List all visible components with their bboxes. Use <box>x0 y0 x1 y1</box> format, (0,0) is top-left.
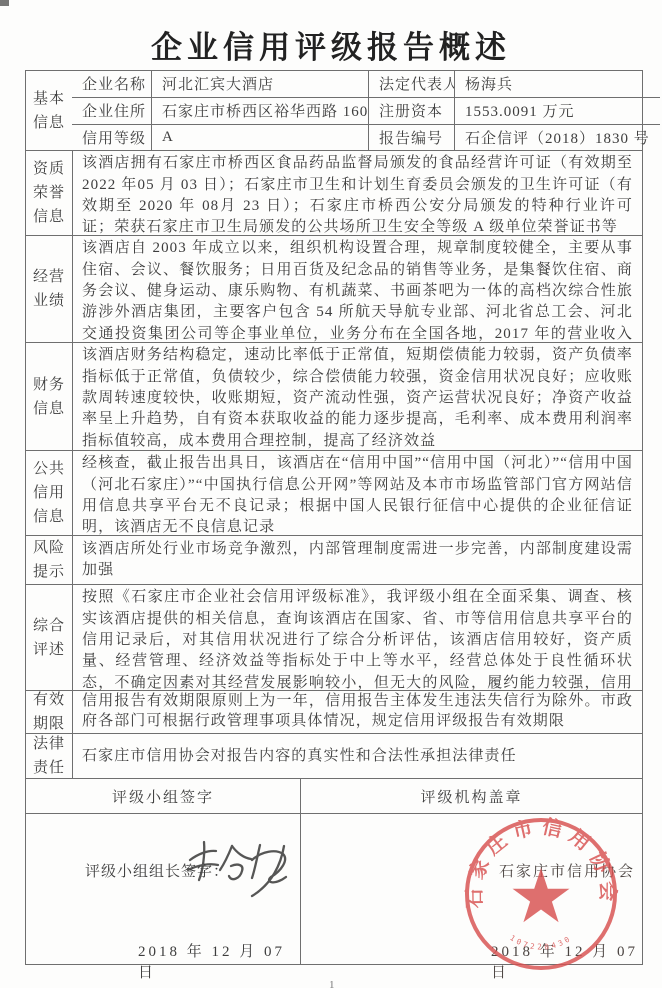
table-row: 信用等级 A 报告编号 石企信评（2018）1830 号 <box>72 124 660 151</box>
table-row-basic-info: 基本信息 企业名称 河北汇宾大酒店 法定代表人 杨海兵 企业住所 石家庄市桥西区… <box>26 71 642 150</box>
stamp-serial-number: 107220430 <box>508 933 574 951</box>
sign-header-team: 评级小组签字 <box>26 779 300 813</box>
svg-text:107220430: 107220430 <box>508 933 574 951</box>
section-content: 该酒店拥有石家庄市桥西区食品药品监督局颁发的食品经营许可证（有效期至 2022 … <box>72 151 642 235</box>
section-content: 该酒店自 2003 年成立以来，组织机构设置合理，规章制度较健全，主要从事住宿、… <box>72 236 642 342</box>
section-label: 公共信用信息 <box>26 451 72 535</box>
table-row-qualifications: 资质荣誉信息 该酒店拥有石家庄市桥西区食品药品监督局颁发的食品经营许可证（有效期… <box>26 150 642 235</box>
section-content: 该酒店财务结构稳定，速动比率低于正常值，短期偿债能力较弱，资产负债率指标低于正常… <box>72 343 642 450</box>
stamp-star-icon <box>513 868 570 922</box>
field-label-credit-grade: 信用等级 <box>72 125 151 151</box>
table-row-sign-area: 评级小组组长签字： 2018 年 12 月 <box>26 813 642 964</box>
field-value-address: 石家庄市桥西区裕华西路 160 号 <box>151 98 368 124</box>
scanned-report-page: 企业信用评级报告概述 基本信息 企业名称 河北汇宾大酒店 法定代表人 杨海兵 企… <box>0 0 662 988</box>
table-row-comprehensive-review: 综合评述 按照《石家庄市企业社会信用评级标准》，我评级小组在全面采集、调查、核实… <box>26 584 642 690</box>
table-row-public-credit-info: 公共信用信息 经核查，截止报告出具日，该酒店在“信用中国”“信用中国（河北）”“… <box>26 450 642 535</box>
section-label: 经营业绩 <box>26 236 72 342</box>
section-label: 综合评述 <box>26 585 72 690</box>
section-label: 财务信息 <box>26 343 72 450</box>
section-content: 信用报告有效期限原则上为一年，信用报告主体发生违法失信行为除外。市政府各部门可根… <box>72 691 642 733</box>
team-signature-cell: 评级小组组长签字： 2018 年 12 月 <box>26 814 300 964</box>
agency-stamp-cell: 石家庄市信用协会 2018 年 12 月 07 日 石家庄市信用协会 10722… <box>300 814 642 964</box>
section-label: 有效期限 <box>26 691 72 733</box>
leader-signature-handwriting <box>184 838 296 910</box>
field-value-legal-rep: 杨海兵 <box>454 71 660 97</box>
official-red-stamp: 石家庄市信用协会 107220430 <box>461 814 621 974</box>
section-label: 资质荣誉信息 <box>26 151 72 235</box>
team-sign-date: 2018 年 12 月 07 日 <box>138 940 300 982</box>
field-value-registered-capital: 1553.0091 万元 <box>454 98 660 124</box>
section-content: 经核查，截止报告出具日，该酒店在“信用中国”“信用中国（河北）”“信用中国（河北… <box>72 451 642 535</box>
section-content: 石家庄市信用协会对报告内容的真实性和合法性承担法律责任 <box>72 734 642 778</box>
table-row-financial-info: 财务信息 该酒店财务结构稳定，速动比率低于正常值，短期偿债能力较弱，资产负债率指… <box>26 342 642 450</box>
field-label-report-number: 报告编号 <box>368 125 454 151</box>
field-label-registered-capital: 注册资本 <box>368 98 454 124</box>
table-row-sign-header: 评级小组签字 评级机构盖章 <box>26 778 642 813</box>
page-title: 企业信用评级报告概述 <box>0 22 662 67</box>
field-value-company-name: 河北汇宾大酒店 <box>151 71 368 97</box>
sign-header-agency: 评级机构盖章 <box>300 779 642 813</box>
field-label-address: 企业住所 <box>72 98 151 124</box>
field-value-report-number: 石企信评（2018）1830 号 <box>454 125 660 151</box>
table-row-validity-period: 有效期限 信用报告有效期限原则上为一年，信用报告主体发生违法失信行为除外。市政府… <box>26 690 642 733</box>
table-row-legal-liability: 法律责任 石家庄市信用协会对报告内容的真实性和合法性承担法律责任 <box>26 733 642 778</box>
scan-corner-artifact <box>0 0 9 6</box>
section-content: 按照《石家庄市企业社会信用评级标准》，我评级小组在全面采集、调查、核实该酒店提供… <box>72 585 642 690</box>
table-row: 企业名称 河北汇宾大酒店 法定代表人 杨海兵 <box>72 71 660 97</box>
section-content: 该酒店所处行业市场竞争激烈，内部管理制度需进一步完善，内部制度建设需加强 <box>72 536 642 584</box>
section-label: 风险提示 <box>26 536 72 584</box>
section-label: 法律责任 <box>26 734 72 778</box>
table-row: 企业住所 石家庄市桥西区裕华西路 160 号 注册资本 1553.0091 万元 <box>72 97 660 124</box>
basic-info-grid: 企业名称 河北汇宾大酒店 法定代表人 杨海兵 企业住所 石家庄市桥西区裕华西路 … <box>72 71 660 150</box>
field-label-legal-rep: 法定代表人 <box>368 71 454 97</box>
field-value-credit-grade: A <box>151 125 368 151</box>
page-number: 1 <box>329 979 335 988</box>
table-row-risk-notice: 风险提示 该酒店所处行业市场竞争激烈，内部管理制度需进一步完善，内部制度建设需加… <box>26 535 642 584</box>
field-label-company-name: 企业名称 <box>72 71 151 97</box>
report-table: 基本信息 企业名称 河北汇宾大酒店 法定代表人 杨海兵 企业住所 石家庄市桥西区… <box>25 70 643 965</box>
table-row-business-performance: 经营业绩 该酒店自 2003 年成立以来，组织机构设置合理，规章制度较健全，主要… <box>26 235 642 342</box>
section-label-basic-info: 基本信息 <box>26 71 72 150</box>
